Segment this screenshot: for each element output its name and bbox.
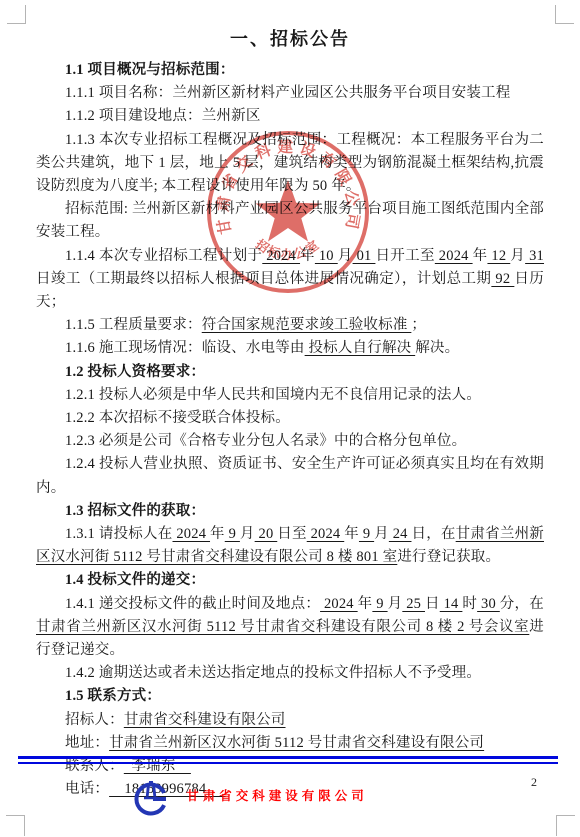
underlined-text-run: 2024: [320, 596, 358, 612]
underlined-text-run: 30: [477, 596, 500, 612]
text-run: 1.3.1 请投标人在: [65, 526, 173, 542]
document-content: 一、招标公告 1.1 项目概况与招标范围：1.1.1 项目名称：兰州新区新材料产…: [36, 22, 544, 802]
para-1-1-5: 1.1.5 工程质量要求：符合国家规范要求竣工验收标准 ；: [36, 314, 544, 337]
text-run: 月: [388, 596, 403, 612]
para-1-2: 1.2 投标人资格要求：: [36, 361, 544, 384]
text-run: 1.2.1 投标人必须是中华人民共和国境内无不良信用记录的法人。: [65, 387, 481, 403]
underlined-text-run: 12: [487, 248, 510, 264]
text-run: 1.4.1 递交投标文件的截止时间及地点：: [65, 596, 320, 612]
underlined-text-run: 2024: [307, 526, 345, 542]
underlined-text-run: 31: [525, 248, 544, 264]
text-run: 时: [462, 596, 477, 612]
text-run: 1.1 项目概况与招标范围：: [65, 62, 235, 78]
text-run: 招标人：: [65, 712, 124, 728]
text-run: 年: [473, 248, 488, 264]
underlined-text-run: 92: [491, 271, 514, 287]
page-corner-mark-top-left: [7, 5, 26, 24]
para-1-1-4: 1.1.4 本次专业招标工程计划于 2024 年 10 月 01 日开工至 20…: [36, 245, 544, 315]
text-run: 年: [210, 526, 225, 542]
para-1-1-3: 1.1.3 本次专业招标工程概况及招标范围：工程概况：本工程服务平台为二类公共建…: [36, 129, 544, 199]
page-number: 2: [531, 775, 537, 790]
text-run: 1.1.5 工程质量要求：: [65, 317, 202, 333]
page-corner-mark-bottom-right: [556, 815, 575, 836]
para-1-4-1: 1.4.1 递交投标文件的截止时间及地点： 2024 年 9 月 25 日 14…: [36, 593, 544, 663]
footer-rule-thin: [18, 762, 558, 764]
para-scope: 招标范围: 兰州新区新材料产业园区公共服务平台项目施工图纸范围内全部安装工程。: [36, 198, 544, 244]
underlined-text-run: 24: [389, 526, 412, 542]
text-run: 月: [338, 248, 353, 264]
text-run: 月: [240, 526, 255, 542]
underlined-text-run: 甘肃省兰州新区汉水河街 5112 号甘肃省交科建设有限公司 8 楼 2 号会议室: [36, 619, 529, 635]
text-run: 1.1.1 项目名称：兰州新区新材料产业园区公共服务平台项目安装工程: [65, 85, 510, 101]
text-run: 1.5 联系方式：: [65, 688, 161, 704]
text-run: 1.2 投标人资格要求：: [65, 364, 205, 380]
text-run: 月: [510, 248, 525, 264]
para-1-3: 1.3 招标文件的获取：: [36, 500, 544, 523]
footer-company-name: 甘肃省交科建设有限公司: [127, 786, 427, 804]
text-run: 进行登记获取。: [397, 549, 500, 565]
para-1-4: 1.4 投标文件的递交：: [36, 569, 544, 592]
text-run: 1.2.4 投标人营业执照、资质证书、安全生产许可证必须真实且均在有效期内。: [36, 456, 544, 495]
text-run: 1.3 招标文件的获取：: [65, 503, 205, 519]
text-run: 1.1.2 项目建设地点：兰州新区: [65, 108, 261, 124]
para-1-1-6: 1.1.6 施工现场情况：临设、水电等由 投标人自行解决 解决。: [36, 337, 544, 360]
underlined-text-run: 25: [402, 596, 425, 612]
text-run: 分，在: [500, 596, 544, 612]
para-1-1: 1.1 项目概况与招标范围：: [36, 59, 544, 82]
underlined-text-run: 甘肃省兰州新区汉水河街 5112 号甘肃省交科建设有限公司: [109, 735, 484, 751]
text-run: 1.1.3 本次专业招标工程概况及招标范围：工程概况：本工程服务平台为二类公共建…: [36, 132, 544, 194]
text-run: 年: [300, 248, 315, 264]
underlined-text-run: 甘肃省交科建设有限公司: [124, 712, 286, 728]
underlined-text-run: 2024: [262, 248, 300, 264]
page-corner-mark-bottom-left: [6, 815, 25, 836]
para-1-4-2: 1.4.2 逾期送达或者未送达指定地点的投标文件招标人不予受理。: [36, 662, 544, 685]
para-address: 地址：甘肃省兰州新区汉水河街 5112 号甘肃省交科建设有限公司: [36, 732, 544, 755]
text-run: 日: [425, 596, 440, 612]
text-run: 解决。: [415, 340, 459, 356]
text-run: 日竣工（工期最终以招标人根据项目总体进展情况确定），计划总工期: [36, 271, 491, 287]
underlined-text-run: 01: [353, 248, 376, 264]
text-run: 1.4.2 逾期送达或者未送达指定地点的投标文件招标人不予受理。: [65, 665, 481, 681]
document-body: 1.1 项目概况与招标范围：1.1.1 项目名称：兰州新区新材料产业园区公共服务…: [36, 59, 544, 802]
para-1-1-2: 1.1.2 项目建设地点：兰州新区: [36, 105, 544, 128]
page-corner-mark-top-right: [555, 5, 574, 24]
underlined-text-run: 9: [359, 526, 374, 542]
text-run: 1.1.4 本次专业招标工程计划于: [65, 248, 262, 264]
para-1-2-3: 1.2.3 必须是公司《合格专业分包人名录》中的合格分包单位。: [36, 430, 544, 453]
para-tenderee: 招标人：甘肃省交科建设有限公司: [36, 709, 544, 732]
para-1-2-1: 1.2.1 投标人必须是中华人民共和国境内无不良信用记录的法人。: [36, 384, 544, 407]
para-1-1-1: 1.1.1 项目名称：兰州新区新材料产业园区公共服务平台项目安装工程: [36, 82, 544, 105]
para-1-3-1: 1.3.1 请投标人在 2024 年 9 月 20 日至 2024 年 9 月 …: [36, 523, 544, 569]
para-1-5: 1.5 联系方式：: [36, 685, 544, 708]
para-1-2-4: 1.2.4 投标人营业执照、资质证书、安全生产许可证必须真实且均在有效期内。: [36, 453, 544, 499]
para-1-2-2: 1.2.2 本次招标不接受联合体投标。: [36, 407, 544, 430]
footer-rule-thick: [18, 756, 558, 759]
document-page: 一、招标公告 1.1 项目概况与招标范围：1.1.1 项目名称：兰州新区新材料产…: [0, 0, 580, 837]
underlined-text-run: 20: [255, 526, 278, 542]
underlined-text-run: 14: [440, 596, 463, 612]
text-run: 联系人：: [65, 758, 124, 774]
underlined-text-run: 10: [315, 248, 338, 264]
underlined-text-run: 符合国家规范要求竣工验收标准: [202, 317, 412, 333]
underlined-text-run: 2024: [173, 526, 211, 542]
underlined-text-run: 9: [372, 596, 387, 612]
text-run: 地址：: [65, 735, 109, 751]
text-run: 1.1.6 施工现场情况：临设、水电等由: [65, 340, 305, 356]
text-run: 日，在: [411, 526, 455, 542]
text-run: 年: [344, 526, 359, 542]
underlined-text-run: 李瑞东: [124, 758, 191, 774]
underlined-text-run: 9: [225, 526, 240, 542]
text-run: 1.2.2 本次招标不接受联合体投标。: [65, 410, 290, 426]
text-run: ；: [411, 317, 426, 333]
text-run: 1.4 投标文件的递交：: [65, 572, 205, 588]
text-run: 日开工至: [375, 248, 434, 264]
text-run: 月: [374, 526, 389, 542]
text-run: 日至: [277, 526, 306, 542]
text-run: 电话：: [65, 781, 109, 797]
text-run: 招标范围: 兰州新区新材料产业园区公共服务平台项目施工图纸范围内全部安装工程。: [36, 201, 544, 240]
text-run: 年: [358, 596, 373, 612]
page-title: 一、招标公告: [36, 26, 544, 52]
underlined-text-run: 投标人自行解决: [305, 340, 416, 356]
text-run: 1.2.3 必须是公司《合格专业分包人名录》中的合格分包单位。: [65, 433, 466, 449]
underlined-text-run: 2024: [435, 248, 473, 264]
